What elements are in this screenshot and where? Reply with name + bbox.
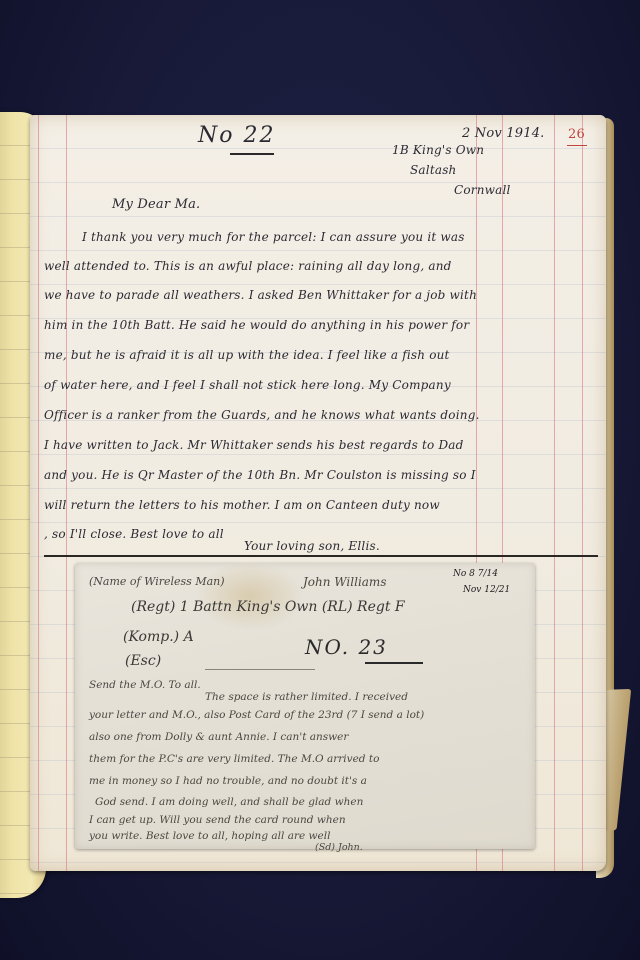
body-line: him in the 10th Batt. He said he would d… (44, 318, 469, 332)
form-field-regiment: (Regt) 1 Battn King's Own (RL) Regt F (131, 599, 405, 615)
letter-number: No 22 (198, 123, 275, 148)
postcard-line: me in money so I had no trouble, and no … (89, 775, 367, 787)
letter-date: 2 Nov 1914. (462, 126, 545, 141)
address-line: Cornwall (454, 183, 511, 197)
postcard-line: also one from Dolly & aunt Annie. I can'… (89, 731, 348, 743)
margin-note: No 8 7/14 (453, 569, 498, 579)
form-rule (205, 669, 315, 670)
address-line: Saltash (410, 163, 456, 177)
address-line: 1B King's Own (392, 143, 484, 157)
postcard-line: them for the P.C's are very limited. The… (89, 753, 379, 765)
letter-number-underline (230, 153, 274, 155)
body-line: will return the letters to his mother. I… (44, 498, 440, 512)
closing: Your loving son, Ellis. (244, 539, 380, 553)
postcard-line: Send the M.O. To all. (89, 679, 201, 691)
salutation: My Dear Ma. (112, 197, 200, 212)
form-field-label: (Name of Wireless Man) (89, 575, 225, 588)
column-line (582, 115, 583, 871)
body-line: , so I'll close. Best love to all (44, 527, 224, 541)
postcard-line: you write. Best love to all, hoping all … (89, 830, 330, 842)
margin-line (38, 115, 39, 871)
sender-name: John Williams (303, 575, 386, 589)
margin-line (66, 115, 67, 871)
body-line: I have written to Jack. Mr Whittaker sen… (44, 438, 464, 452)
letter-book-page: No 22 2 Nov 1914. 26 1B King's Own Salta… (30, 115, 606, 871)
column-line (554, 115, 555, 871)
body-line: Officer is a ranker from the Guards, and… (44, 408, 480, 422)
body-line: of water here, and I feel I shall not st… (44, 378, 451, 392)
body-line: well attended to. This is an awful place… (44, 259, 452, 273)
pasted-postcard: (Name of Wireless Man) John Williams No … (75, 563, 535, 849)
letter-number-underline (365, 662, 423, 664)
paper-stain (195, 561, 305, 631)
postcard-line: God send. I am doing well, and shall be … (95, 796, 363, 808)
page-number: 26 (568, 127, 585, 142)
page-number-underline (567, 145, 587, 146)
signature: (Sd) John. (315, 842, 363, 853)
letter-number: NO. 23 (305, 635, 388, 659)
postcard-line: I can get up. Will you send the card rou… (89, 814, 346, 826)
form-field-company: (Komp.) A (123, 629, 194, 645)
body-line: we have to parade all weathers. I asked … (44, 288, 477, 302)
postcard-line: The space is rather limited. I received (205, 691, 408, 703)
form-field-esc: (Esc) (125, 653, 161, 669)
body-line: I thank you very much for the parcel: I … (82, 230, 465, 244)
body-line: and you. He is Qr Master of the 10th Bn.… (44, 468, 476, 482)
section-divider (44, 555, 598, 557)
postcard-line: your letter and M.O., also Post Card of … (89, 709, 424, 721)
body-line: me, but he is afraid it is all up with t… (44, 348, 450, 362)
margin-note: Nov 12/21 (463, 585, 510, 595)
